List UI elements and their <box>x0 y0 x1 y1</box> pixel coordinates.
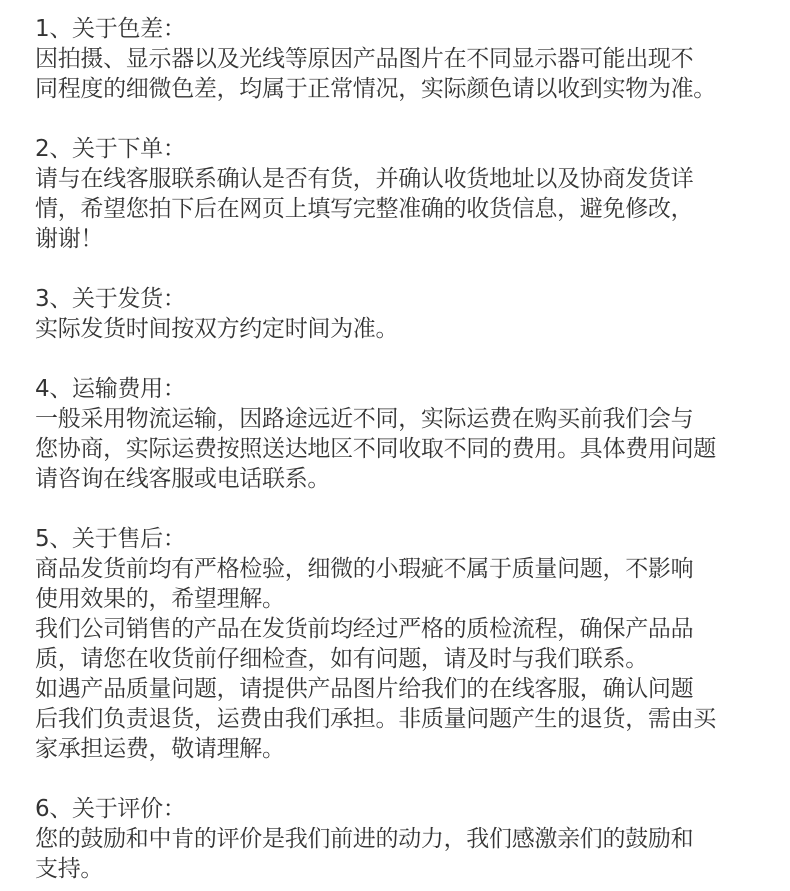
section-text-line: 如遇产品质量问题，请提供产品图片给我们的在线客服，确认问题 <box>35 674 775 704</box>
section-text-line: 支持。 <box>35 854 775 884</box>
notice-document: 1、关于色差： 因拍摄、显示器以及光线等原因产品图片在不同显示器可能出现不 同程… <box>0 0 775 884</box>
section-text-line: 请与在线客服联系确认是否有货，并确认收货地址以及协商发货详 <box>35 164 775 194</box>
section-shipping-cost: 4、运输费用： 一般采用物流运输，因路途远近不同，实际运费在购买前我们会与 您协… <box>35 374 775 494</box>
section-text-line: 使用效果的，希望理解。 <box>35 584 775 614</box>
section-text-line: 因拍摄、显示器以及光线等原因产品图片在不同显示器可能出现不 <box>35 44 775 74</box>
section-text-line: 一般采用物流运输，因路途远近不同，实际运费在购买前我们会与 <box>35 404 775 434</box>
section-ordering: 2、关于下单： 请与在线客服联系确认是否有货，并确认收货地址以及协商发货详 情，… <box>35 134 775 254</box>
section-color-difference: 1、关于色差： 因拍摄、显示器以及光线等原因产品图片在不同显示器可能出现不 同程… <box>35 14 775 104</box>
section-text-line: 您协商，实际运费按照送达地区不同收取不同的费用。具体费用问题 <box>35 434 775 464</box>
section-text-line: 家承担运费，敬请理解。 <box>35 734 775 764</box>
section-text-line: 商品发货前均有严格检验，细微的小瑕疵不属于质量问题，不影响 <box>35 554 775 584</box>
section-text-line: 质，请您在收货前仔细检查，如有问题，请及时与我们联系。 <box>35 644 775 674</box>
section-shipping: 3、关于发货： 实际发货时间按双方约定时间为准。 <box>35 284 775 344</box>
section-text-line: 后我们负责退货，运费由我们承担。非质量问题产生的退货，需由买 <box>35 704 775 734</box>
section-heading: 3、关于发货： <box>35 284 775 314</box>
section-text-line: 谢谢！ <box>35 224 775 254</box>
section-heading: 1、关于色差： <box>35 14 775 44</box>
section-after-sales: 5、关于售后： 商品发货前均有严格检验，细微的小瑕疵不属于质量问题，不影响 使用… <box>35 524 775 764</box>
section-text-line: 同程度的细微色差，均属于正常情况，实际颜色请以收到实物为准。 <box>35 74 775 104</box>
section-text-line: 我们公司销售的产品在发货前均经过严格的质检流程，确保产品品 <box>35 614 775 644</box>
section-text-line: 请咨询在线客服或电话联系。 <box>35 464 775 494</box>
section-heading: 4、运输费用： <box>35 374 775 404</box>
section-heading: 6、关于评价： <box>35 794 775 824</box>
section-text-line: 情，希望您拍下后在网页上填写完整准确的收货信息，避免修改， <box>35 194 775 224</box>
section-reviews: 6、关于评价： 您的鼓励和中肯的评价是我们前进的动力，我们感激亲们的鼓励和 支持… <box>35 794 775 884</box>
section-heading: 2、关于下单： <box>35 134 775 164</box>
section-text-line: 实际发货时间按双方约定时间为准。 <box>35 314 775 344</box>
section-text-line: 您的鼓励和中肯的评价是我们前进的动力，我们感激亲们的鼓励和 <box>35 824 775 854</box>
section-heading: 5、关于售后： <box>35 524 775 554</box>
